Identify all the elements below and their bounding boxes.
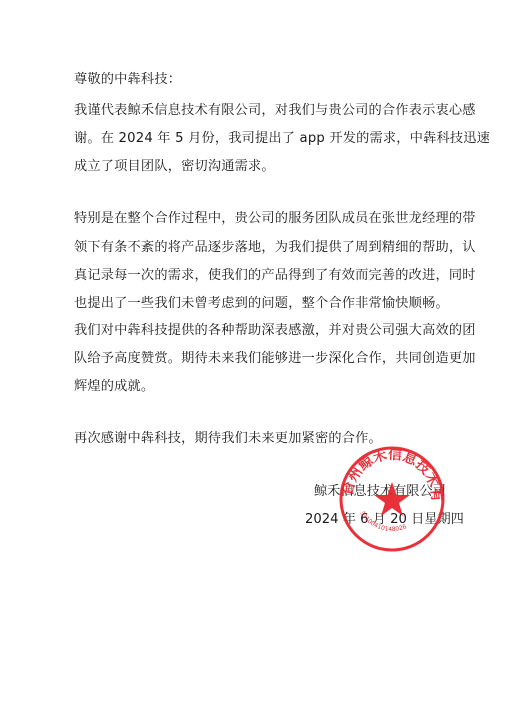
paragraph-1-line-1: 我谨代表鲸禾信息技术有限公司，对我们与贵公司的合作表示衷心感 bbox=[74, 102, 476, 120]
salutation: 尊敬的中犇科技： bbox=[74, 71, 181, 89]
paragraph-2-line-2: 领下有条不紊的将产品逐步落地，为我们提供了周到精细的帮助，认 bbox=[74, 239, 476, 257]
paragraph-2-line-1: 特别是在整个合作过程中，贵公司的服务团队成员在张世龙经理的带 bbox=[74, 210, 476, 228]
closing-line: 再次感谢中犇科技，期待我们未来更加紧密的合作。 bbox=[74, 430, 382, 448]
company-seal-stamp: 台州鲸禾信息技术有限公司 3310041014802​6 bbox=[337, 444, 447, 554]
paragraph-1-line-2: 谢。在 2024 年 5 月份，我司提出了 app 开发的需求，中犇科技迅速 bbox=[74, 130, 490, 148]
star-icon bbox=[374, 482, 410, 516]
paragraph-2-line-3: 真记录每一次的需求，使我们的产品得到了有效而完善的改进，同时 bbox=[74, 267, 476, 285]
paragraph-2-line-4: 也提出了一些我们未曾考虑到的问题，整个合作非常愉快顺畅。 bbox=[74, 295, 449, 313]
paragraph-3-line-1: 我们对中犇科技提供的各种帮助深表感激，并对贵公司强大高效的团 bbox=[74, 322, 476, 340]
paragraph-1-line-3: 成立了项目团队，密切沟通需求。 bbox=[74, 158, 275, 176]
paragraph-3-line-3: 辉煌的成就。 bbox=[74, 378, 154, 396]
letter-page: 尊敬的中犇科技： 我谨代表鲸禾信息技术有限公司，对我们与贵公司的合作表示衷心感 … bbox=[0, 0, 509, 723]
paragraph-3-line-2: 队给予高度赞赏。期待未来我们能够进一步深化合作，共同创造更加 bbox=[74, 350, 476, 368]
